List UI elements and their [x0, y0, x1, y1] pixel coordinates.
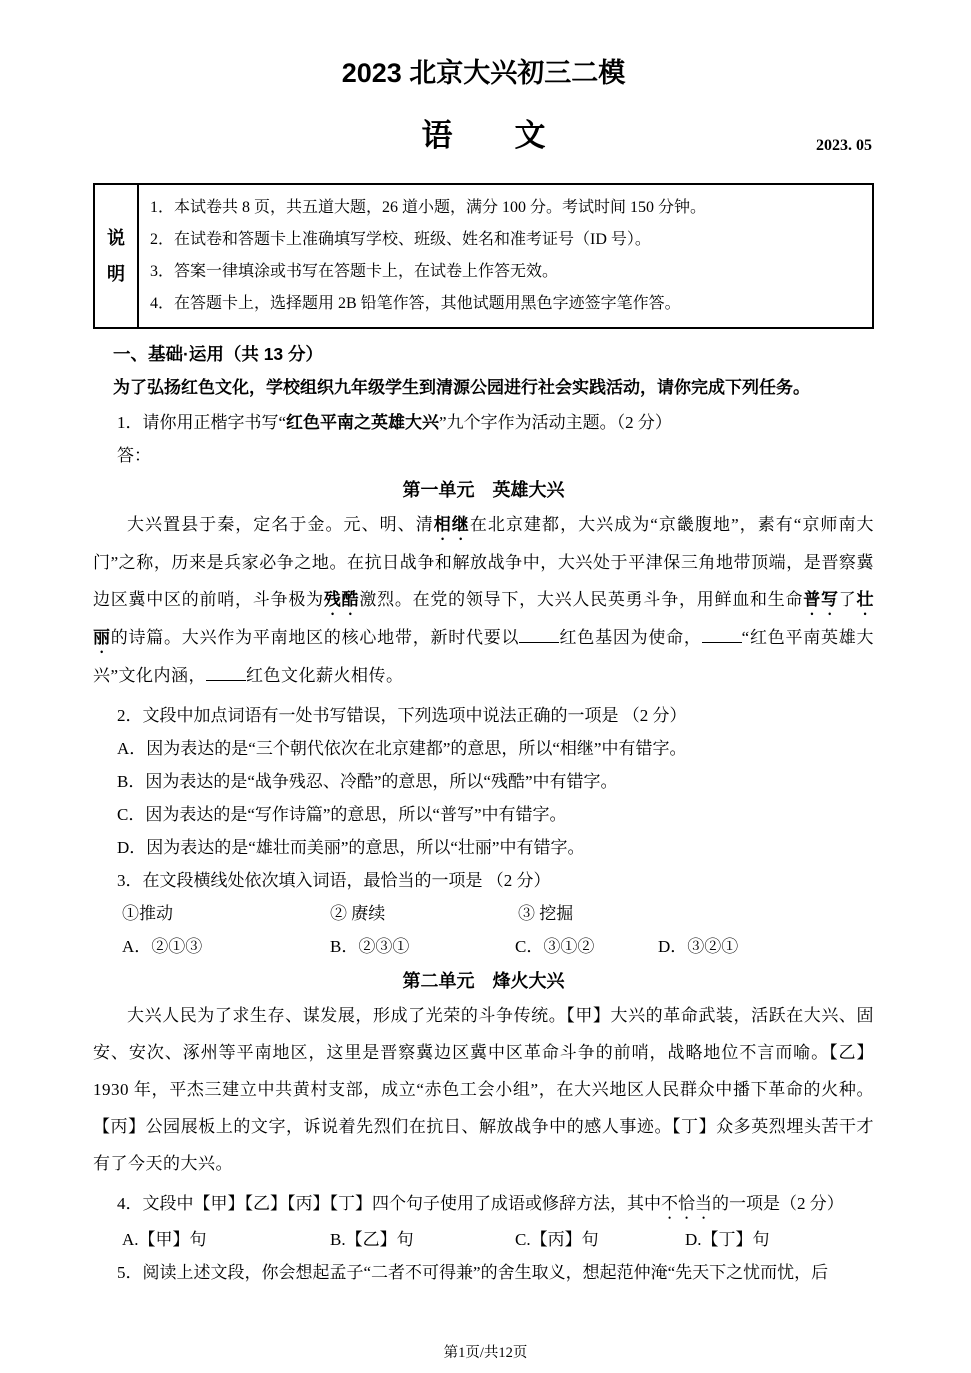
para-text: 激烈。在党的领导下，大兴人民英勇斗争，用鲜血和生命	[359, 590, 803, 609]
exam-title: 2023 北京大兴初三二模	[93, 56, 874, 90]
dotted-word: 不恰当	[661, 1194, 712, 1213]
question-3-options-row: A．②①③ B．②③① C．③①② D．③②①	[93, 930, 874, 963]
question-5-stem: 5．阅读上述文段，你会想起孟子“二者不可得兼”的舍生取义，想起范仲淹“先天下之忧…	[93, 1256, 874, 1289]
question-1-text: 1．请你用正楷字书写“	[117, 413, 286, 432]
question-4-stem: 4．文段中【甲】【乙】【丙】【丁】四个句子使用了成语或修辞方法，其中不恰当的一项…	[93, 1187, 874, 1223]
question-3-option-c: C．③①②	[515, 930, 658, 963]
subject-title: 语 文	[422, 114, 546, 158]
para-text: 红色基因为使命，	[559, 628, 701, 647]
question-4-options-row: A.【甲】句 B.【乙】句 C.【丙】句 D.【丁】句	[93, 1223, 874, 1256]
question-4-text: 的一项是（2 分）	[712, 1194, 844, 1213]
unit2-heading: 第二单元 烽火大兴	[93, 965, 874, 997]
para-text: 大兴置县于秦，定名于金。元、明、清	[127, 515, 434, 534]
emphasized-word: 普写	[803, 590, 839, 609]
notice-item: 2．在试卷和答题卡上准确填写学校、班级、姓名和准考证号（ID 号）。	[150, 224, 864, 256]
question-4-option-b: B.【乙】句	[330, 1223, 515, 1256]
unit2-paragraph: 大兴人民为了求生存、谋发展，形成了光荣的斗争传统。【甲】大兴的革命武装，活跃在大…	[93, 997, 874, 1182]
section-intro: 为了弘扬红色文化，学校组织九年级学生到清源公园进行社会实践活动，请你完成下列任务…	[93, 374, 874, 401]
unit1-paragraph: 大兴置县于秦，定名于金。元、明、清相继在北京建都，大兴成为“京畿腹地”，素有“京…	[93, 506, 874, 694]
emphasized-word: 残酷	[324, 590, 360, 609]
exam-date: 2023. 05	[816, 137, 872, 155]
question-3-option-a: A．②①③	[122, 930, 330, 963]
notice-box: 说明 1．本试卷共 8 页，共五道大题，26 道小题，满分 100 分。考试时间…	[93, 183, 874, 329]
para-text: 了	[839, 590, 857, 609]
section-heading: 一、基础·运用（共 13 分）	[93, 341, 874, 368]
question-4-option-c: C.【丙】句	[515, 1223, 685, 1256]
notice-items: 1．本试卷共 8 页，共五道大题，26 道小题，满分 100 分。考试时间 15…	[139, 185, 872, 327]
question-1-theme-text: 红色平南之英雄大兴	[286, 413, 439, 432]
exam-paper-page: 2023 北京大兴初三二模 语 文 2023. 05 说明 1．本试卷共 8 页…	[0, 0, 971, 1373]
question-2-option-b: B．因为表达的是“战争残忍、冷酷”的意思，所以“残酷”中有错字。	[93, 765, 874, 798]
notice-label-text: 说明	[106, 220, 126, 292]
fill-in-blank	[519, 626, 559, 643]
question-4-option-a: A.【甲】句	[122, 1223, 330, 1256]
question-4-option-d: D.【丁】句	[685, 1223, 874, 1256]
question-1-text: ”九个字作为活动主题。（2 分）	[439, 413, 672, 432]
answer-label: 答：	[93, 439, 874, 472]
notice-item: 4．在答题卡上，选择题用 2B 铅笔作答，其他试题用黑色字迹签字笔作答。	[150, 288, 864, 320]
page-number: 第1页/共12页	[0, 1343, 971, 1363]
question-1: 1．请你用正楷字书写“红色平南之英雄大兴”九个字作为活动主题。（2 分）	[93, 406, 874, 439]
emphasized-word: 相继	[434, 515, 470, 534]
question-2-option-c: C．因为表达的是“写作诗篇”的意思，所以“普写”中有错字。	[93, 798, 874, 831]
page-content: 2023 北京大兴初三二模 语 文 2023. 05 说明 1．本试卷共 8 页…	[93, 56, 874, 1289]
fill-in-blank	[702, 626, 742, 643]
question-3-stem: 3．在文段横线处依次填入词语，最恰当的一项是 （2 分）	[93, 864, 874, 897]
question-2-option-d: D．因为表达的是“雄壮而美丽”的意思，所以“壮丽”中有错字。	[93, 831, 874, 864]
para-text: 红色文化薪火相传。	[246, 666, 404, 685]
question-3-option-b: B．②③①	[330, 930, 515, 963]
notice-item: 1．本试卷共 8 页，共五道大题，26 道小题，满分 100 分。考试时间 15…	[150, 192, 864, 224]
notice-label: 说明	[95, 185, 139, 327]
question-2-stem: 2．文段中加点词语有一处书写错误，下列选项中说法正确的一项是 （2 分）	[93, 699, 874, 732]
notice-item: 3．答案一律填涂或书写在答题卡上，在试卷上作答无效。	[150, 256, 864, 288]
question-4-text: 4．文段中【甲】【乙】【丙】【丁】四个句子使用了成语或修辞方法，其中	[117, 1194, 661, 1213]
word-choice-3: ③ 挖掘	[518, 897, 874, 930]
word-choice-2: ② 赓续	[330, 897, 518, 930]
para-text: 的诗篇。大兴作为平南地区的核心地带，新时代要以	[111, 628, 520, 647]
question-2-option-a: A．因为表达的是“三个朝代依次在北京建都”的意思，所以“相继”中有错字。	[93, 732, 874, 765]
unit1-heading: 第一单元 英雄大兴	[93, 474, 874, 506]
question-3-option-d: D．③②①	[658, 930, 874, 963]
fill-in-blank	[206, 664, 246, 681]
subject-row: 语 文 2023. 05	[93, 114, 874, 158]
question-3-words-row: ①推动 ② 赓续 ③ 挖掘	[93, 897, 874, 930]
word-choice-1: ①推动	[122, 897, 330, 930]
